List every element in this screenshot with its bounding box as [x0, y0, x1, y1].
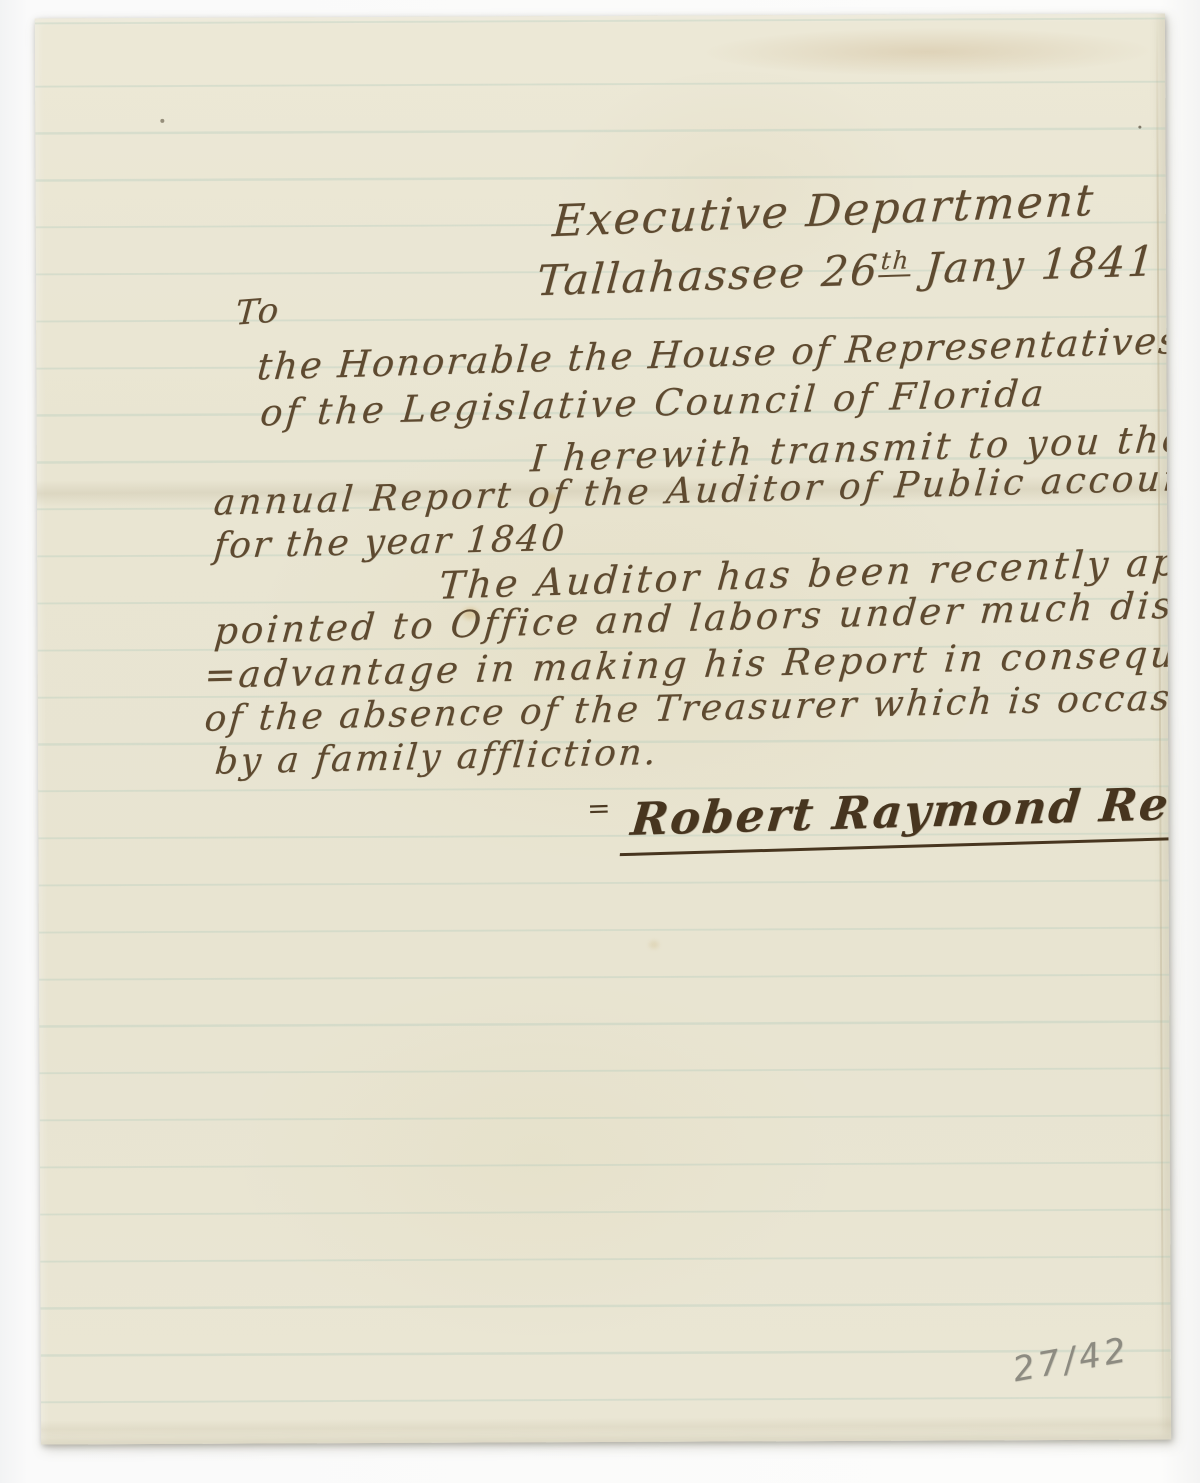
signature-name: Robert Raymond Reid — [620, 775, 1171, 856]
date-ordinal-superscript: th — [879, 245, 913, 277]
paper-speck — [160, 119, 164, 123]
signature-prefix-dash: = — [587, 791, 611, 825]
signature-line: =Robert Raymond Reid — [587, 773, 1171, 857]
archival-number-pencil: 27/42 — [1010, 1330, 1133, 1390]
heading-department: Executive Department — [551, 175, 1097, 247]
body-paragraph2-line5: by a family affliction. — [213, 732, 660, 783]
place-date-year: Jany 1841 — [923, 236, 1158, 292]
paper-speck — [1138, 126, 1141, 129]
place-date-text: Tallahassee 26 — [535, 245, 881, 305]
letter-page: Executive Department Tallahassee 26thJan… — [35, 14, 1171, 1445]
fold-crease-bottom — [41, 1416, 1171, 1439]
page-edge-curl — [1156, 14, 1164, 1440]
heading-place-date: Tallahassee 26thJany 1841 — [535, 236, 1158, 305]
salutation-to: To — [234, 290, 281, 333]
body-paragraph1-line3: for the year 1840 — [212, 518, 567, 567]
scan-background: Executive Department Tallahassee 26thJan… — [0, 0, 1200, 1483]
foxing-stain — [649, 941, 659, 949]
